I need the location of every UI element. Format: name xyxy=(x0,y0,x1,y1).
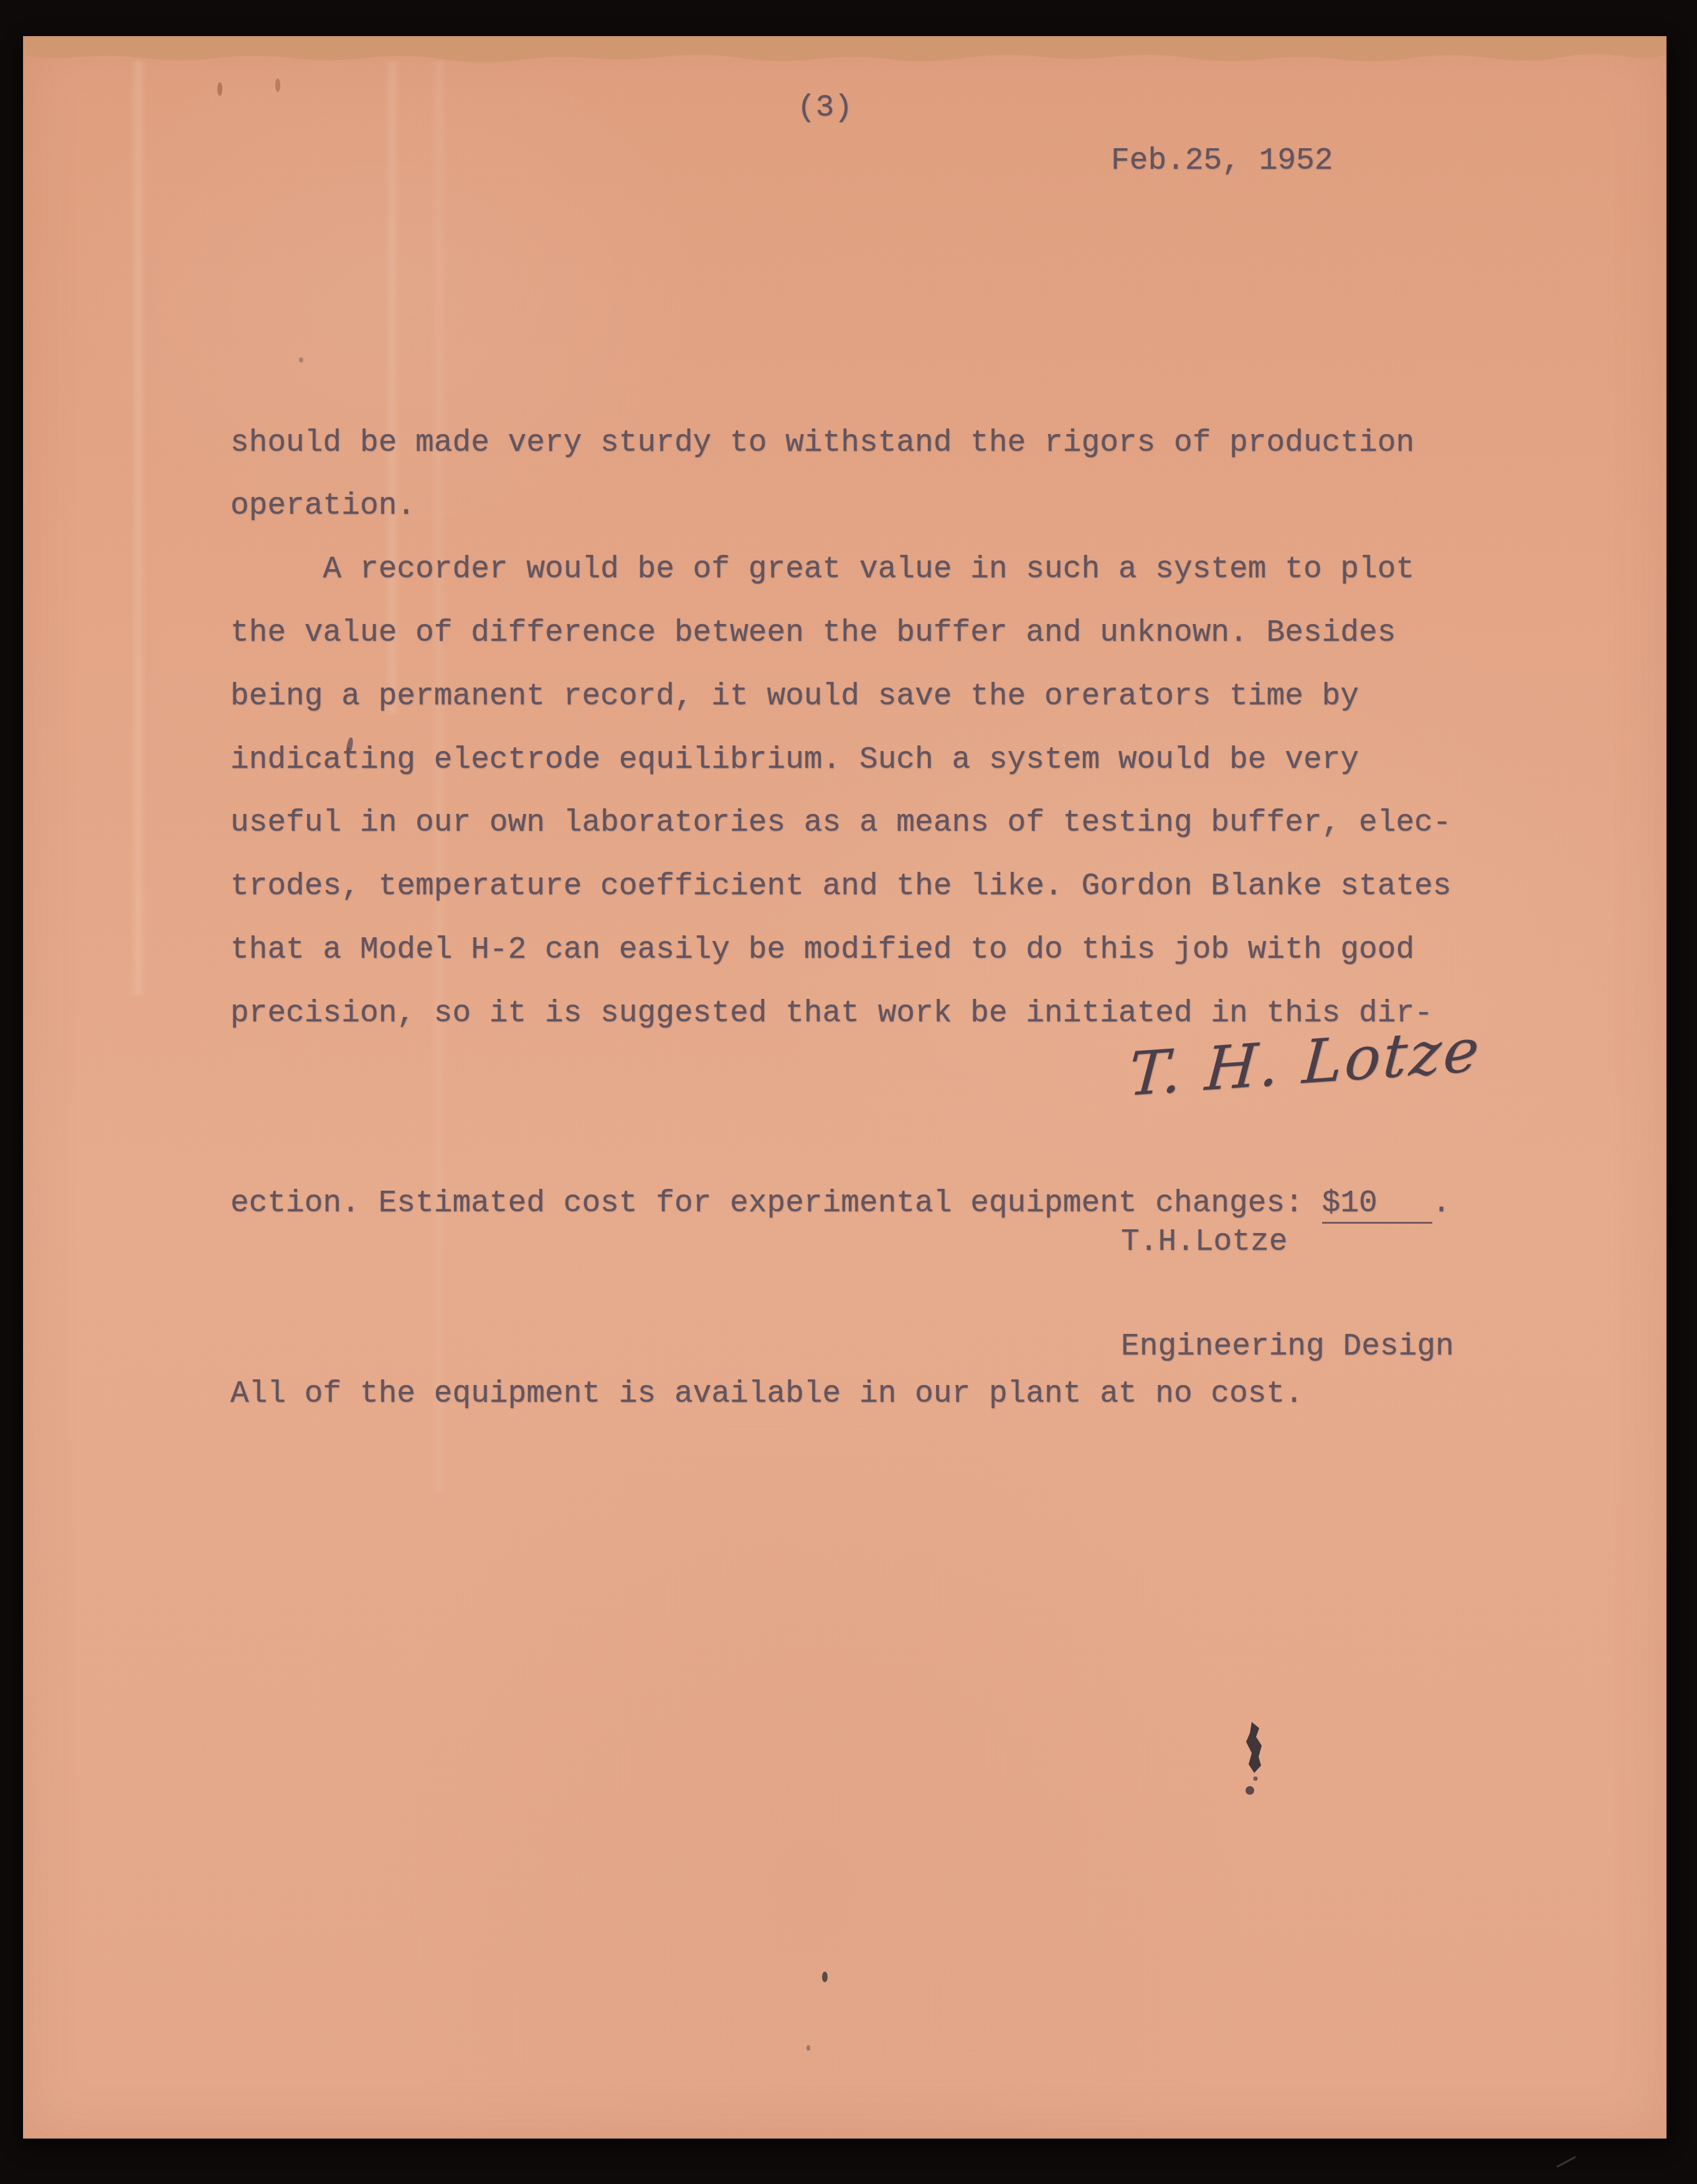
typed-line: trodes, temperature coefficient and the … xyxy=(230,855,1452,919)
paper-speck xyxy=(275,78,280,92)
backdrop-scratch xyxy=(1556,2156,1576,2168)
date: Feb.25, 1952 xyxy=(1111,143,1333,179)
typed-line: useful in our own laboratories as a mean… xyxy=(230,792,1452,855)
typed-line: indicating electrode equilibrium. Such a… xyxy=(230,729,1452,792)
typed-line: operation. xyxy=(230,475,1452,538)
signature-typed-name: T.H.Lotze xyxy=(1121,1224,1454,1259)
paper-top-edge-band xyxy=(23,36,1666,67)
paper-speck xyxy=(299,357,303,362)
paper-speck xyxy=(822,1972,828,1982)
signature-typed-title: Engineering Design xyxy=(1121,1329,1454,1364)
scan-backdrop: { "document": { "page_number": "(3)", "d… xyxy=(0,0,1697,2184)
ink-blot xyxy=(1239,1721,1269,1808)
typed-line: should be made very sturdy to withstand … xyxy=(230,412,1452,475)
page-number: (3) xyxy=(797,90,853,126)
typed-line: being a permanent record, it would save … xyxy=(230,665,1452,729)
paper-speck xyxy=(806,2045,810,2051)
signature-block: T.H.Lotze Engineering Design xyxy=(1121,1155,1454,1434)
body-lines: should be made very sturdy to withstand … xyxy=(230,412,1452,1046)
typed-line: A recorder would be of great value in su… xyxy=(230,538,1452,602)
paper-page: (3) Feb.25, 1952 should be made very stu… xyxy=(23,36,1666,2139)
typed-line: the value of difference between the buff… xyxy=(230,602,1452,665)
paper-crease xyxy=(130,61,146,995)
paper-speck xyxy=(217,82,222,96)
typed-line: that a Model H-2 can easily be modified … xyxy=(230,919,1452,982)
